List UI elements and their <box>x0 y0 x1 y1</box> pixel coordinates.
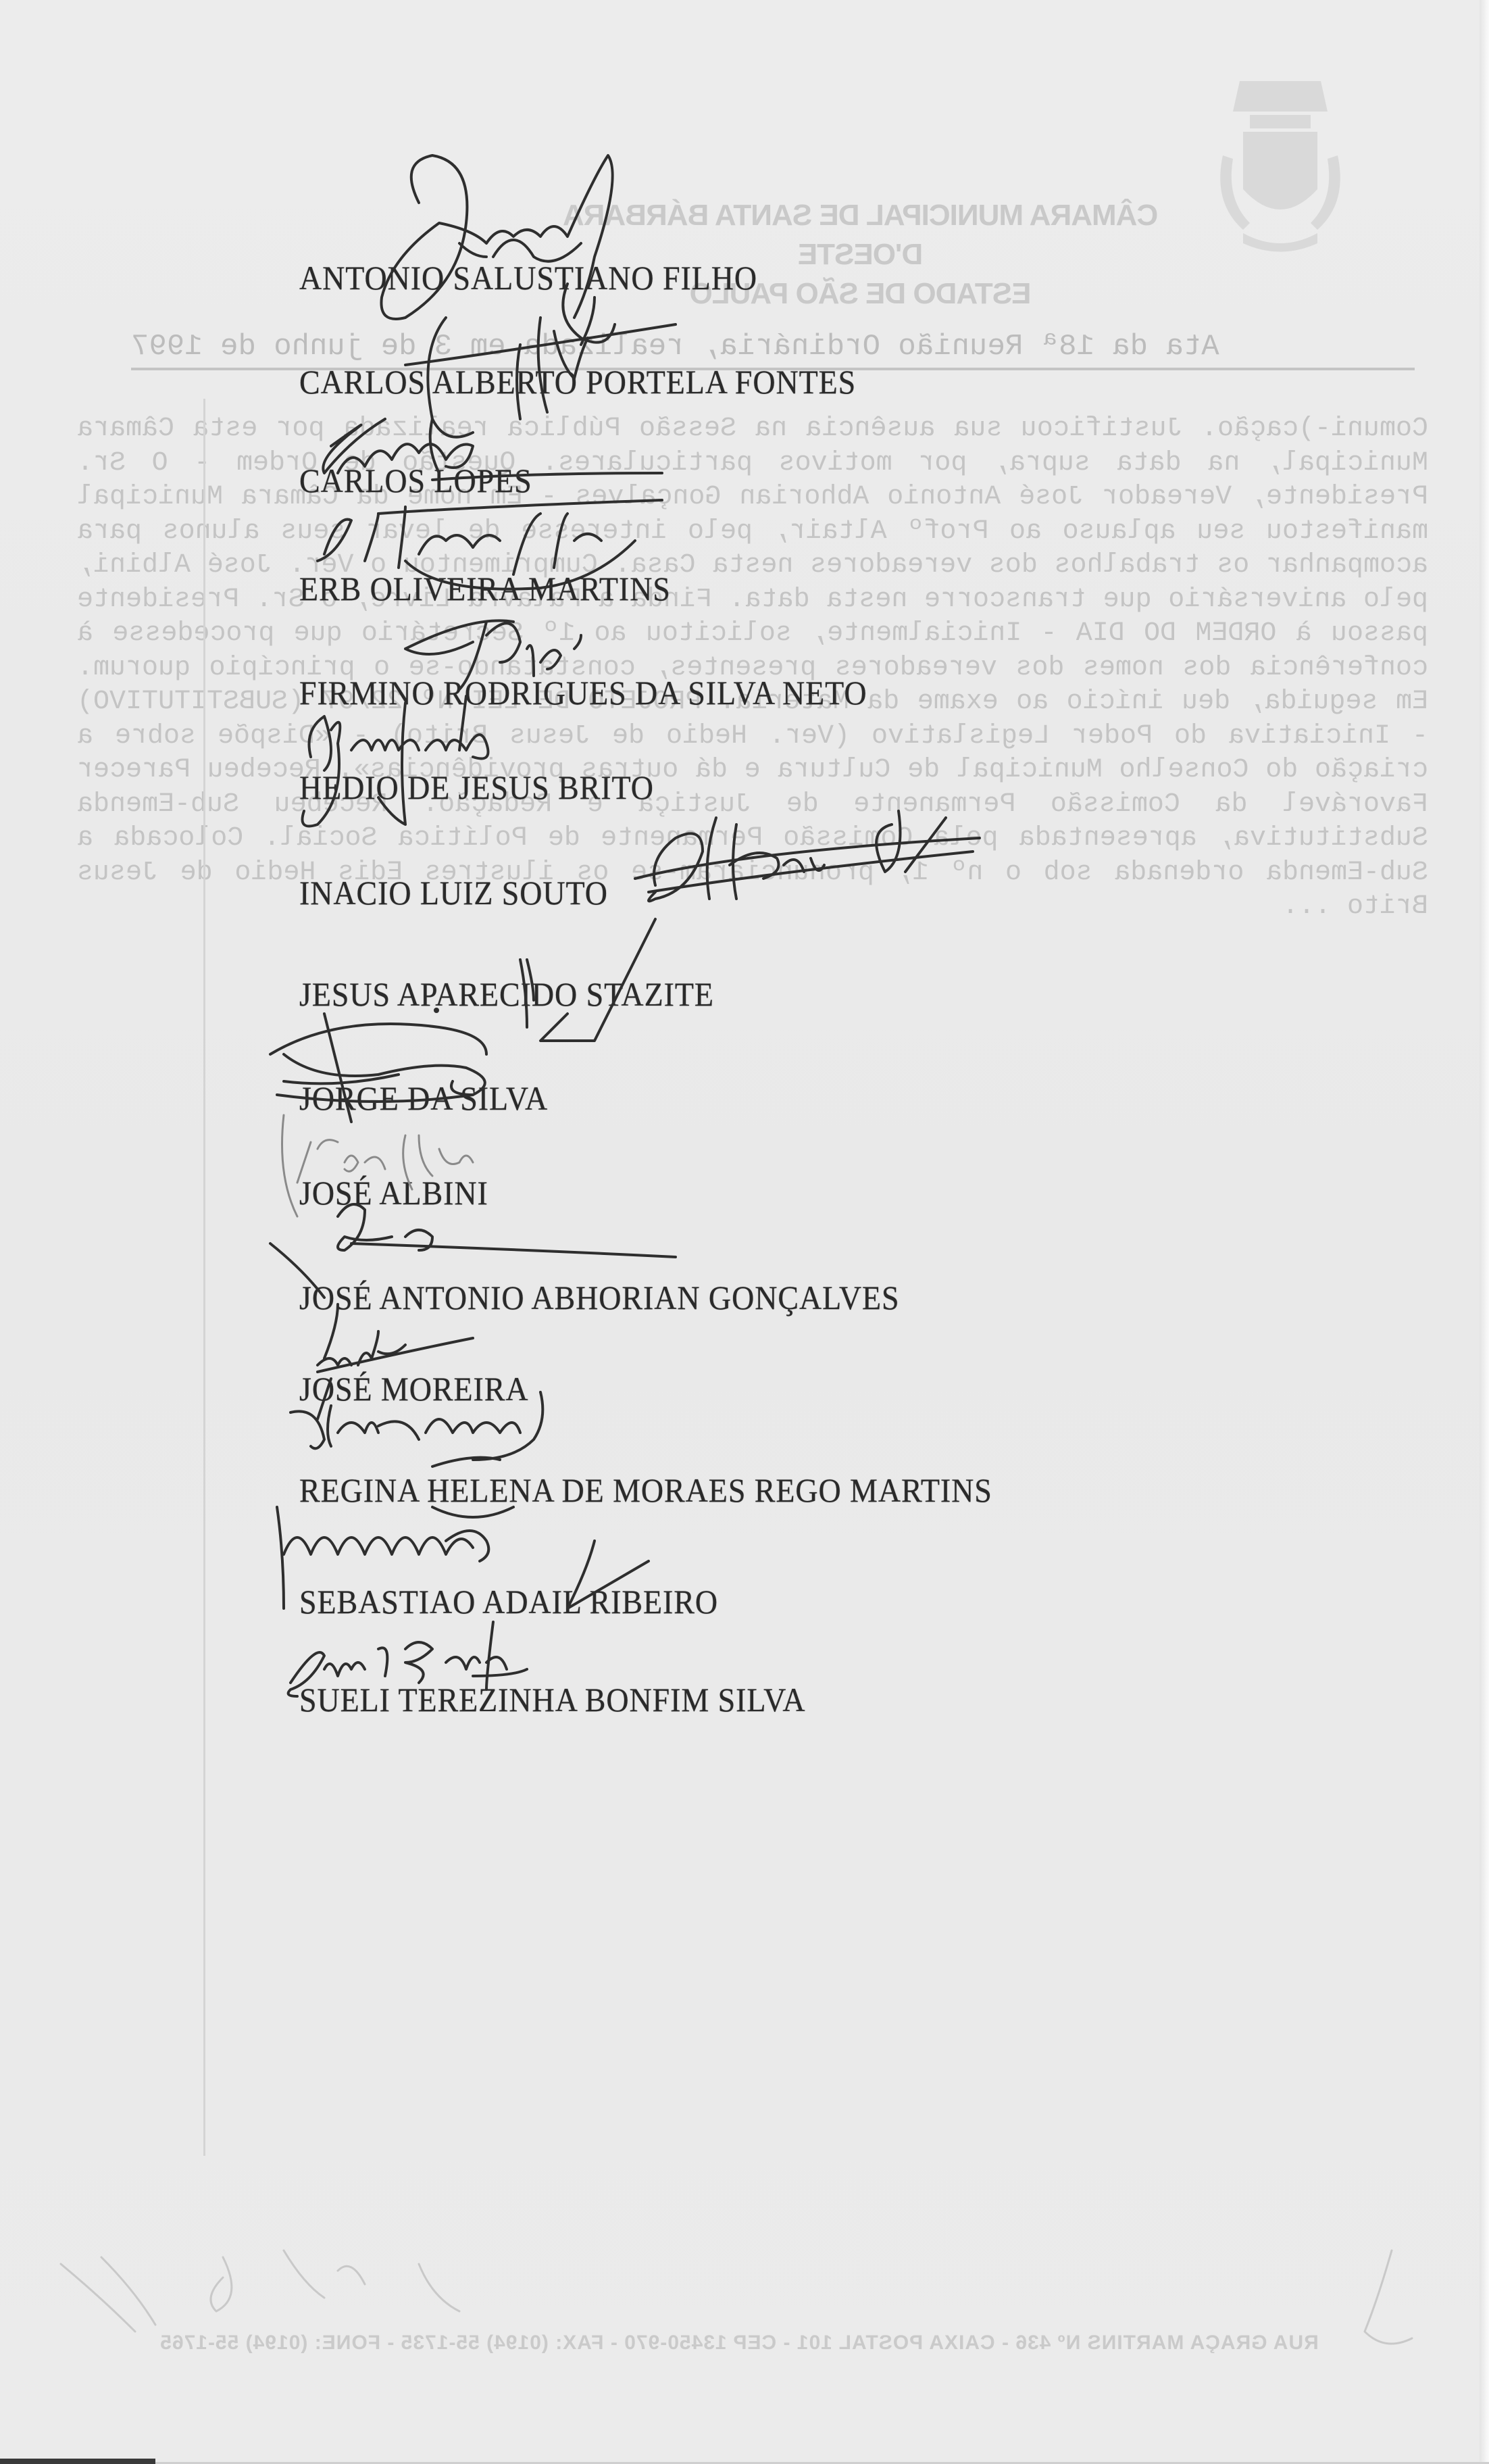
signatory-name: SUELI TEREZINHA BONFIM SILVA <box>299 1683 805 1717</box>
signatory-name: SEBASTIAO ADAIL RIBEIRO <box>299 1585 718 1619</box>
margin-line <box>203 399 205 2156</box>
page-edge-right <box>1480 0 1489 2464</box>
signatory-name: JOSÉ ANTONIO ABHORIAN GONÇALVES <box>299 1281 900 1314</box>
signature-1 <box>381 155 615 343</box>
signatory-name: JOSÉ ALBINI <box>299 1176 488 1210</box>
signatory-name: CARLOS LOPES <box>299 464 532 497</box>
signature-7 <box>635 811 980 901</box>
municipal-crest-icon <box>1203 74 1358 264</box>
signatory-name: JESUS APARECIDO STAZITE <box>299 977 714 1011</box>
signature-6 <box>303 696 488 827</box>
page-edge-bottom <box>0 2459 155 2464</box>
show-through-body: Comuni-)cação. Justificou sua ausência n… <box>77 412 1428 925</box>
show-through-signatures <box>61 2250 1412 2344</box>
signatory-name: HEDIO DE JESUS BRITO <box>299 770 654 804</box>
signatory-name: FIRMINO RODRIGUES DA SILVA NETO <box>299 676 867 710</box>
signatory-name: ERB OLIVEIRA MARTINS <box>299 572 671 606</box>
signatory-name: ANTONIO SALUSTIANO FILHO <box>299 261 757 295</box>
show-through-footer: RUA GRAÇA MARTINS Nº 436 - CAIXA POSTAL … <box>30 2332 1448 2355</box>
document-page: CÂMARA MUNICIPAL DE SANTA BÁRBARA D'OEST… <box>0 0 1489 2464</box>
signatory-name: CARLOS ALBERTO PORTELA FONTES <box>299 365 856 399</box>
signatory-name: INACIO LUIZ SOUTO <box>299 876 608 910</box>
signatory-name: JORGE DA SILVA <box>299 1081 548 1115</box>
signatory-name: REGINA HELENA DE MORAES REGO MARTINS <box>299 1473 992 1507</box>
signatory-name: JOSÉ MOREIRA <box>299 1372 528 1406</box>
